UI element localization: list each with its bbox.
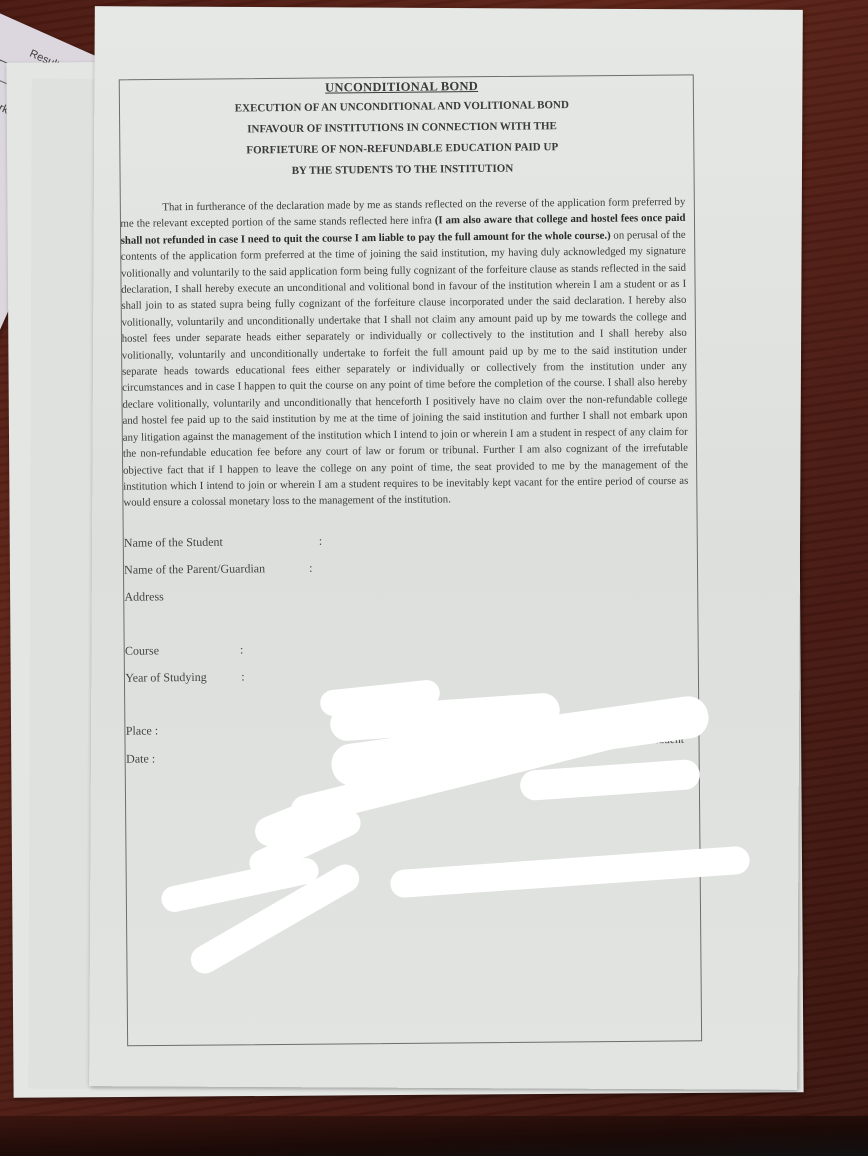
field-label: Name of the Student (124, 534, 223, 550)
student-details: Name of the Student : Name of the Parent… (124, 530, 691, 698)
field-label: Course (125, 643, 159, 658)
bond-document: UNCONDITIONAL BOND EXECUTION OF AN UNCON… (89, 6, 803, 1090)
field-label: Address (124, 589, 163, 604)
document-content: UNCONDITIONAL BOND EXECUTION OF AN UNCON… (119, 77, 691, 774)
body-part-2: on perusal of the contents of the applic… (121, 229, 688, 509)
field-separator: : (241, 669, 245, 684)
field-label: Name of the Parent/Guardian (124, 561, 265, 577)
field-separator: : (240, 642, 244, 657)
place-label: Place : (126, 723, 158, 738)
desk-edge (0, 1116, 868, 1156)
field-address: Address (124, 584, 690, 644)
subheading-line: BY THE STUDENTS TO THE INSTITUTION (120, 157, 685, 184)
field-separator: : (319, 533, 323, 548)
document-subheading: EXECUTION OF AN UNCONDITIONAL AND VOLITI… (119, 94, 685, 184)
bond-body-paragraph: That in furtherance of the declaration m… (120, 194, 688, 512)
field-label: Year of Studying (125, 670, 207, 686)
field-separator: : (309, 560, 313, 575)
date-label: Date : (126, 751, 155, 766)
